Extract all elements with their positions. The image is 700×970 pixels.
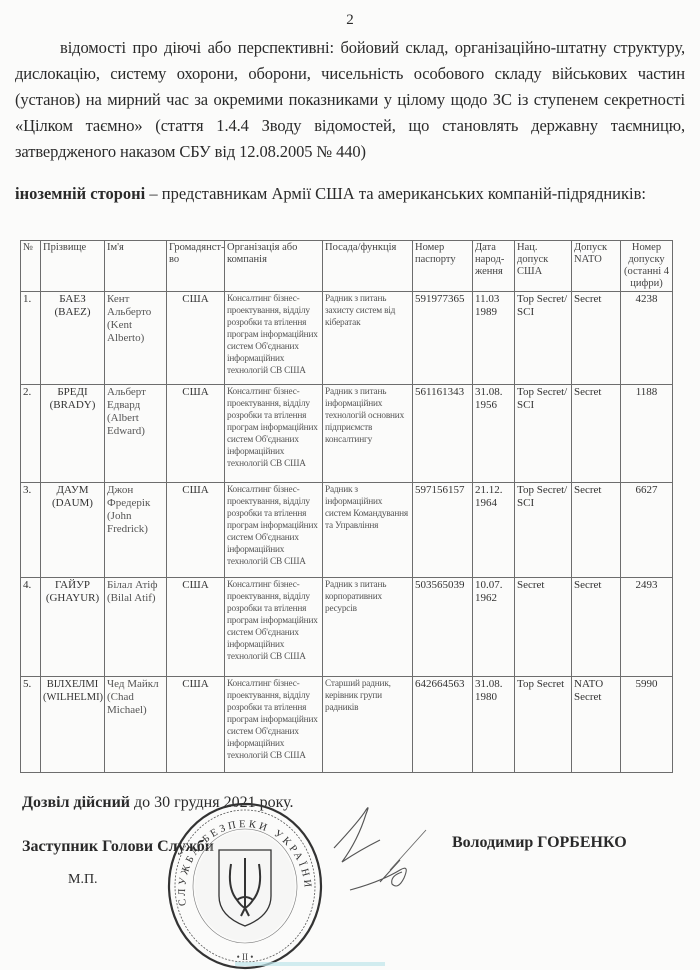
signature-icon [330, 800, 430, 900]
cell-first-name: Альберт Едвард (Albert Edward) [105, 385, 167, 483]
cell-passport: 642664563 [413, 677, 473, 773]
cell-organization: Консалтинг бізнес-проектування, відділу … [225, 385, 323, 483]
cell-dob: 31.08. 1956 [473, 385, 515, 483]
table-header-row: № Прізвище Ім'я Громадянст-во Організаці… [21, 241, 673, 292]
cell-nato-clearance: Secret [572, 578, 621, 677]
cell-dob: 11.03 1989 [473, 292, 515, 385]
cell-surname: ГАЙУР (GHAYUR) [41, 578, 105, 677]
cell-first-name: Кент Альберто (Kent Alberto) [105, 292, 167, 385]
personnel-table: № Прізвище Ім'я Громадянст-во Організаці… [20, 240, 673, 773]
table-row: 2. БРЕДІ (BRADY) Альберт Едвард (Albert … [21, 385, 673, 483]
cell-passport: 597156157 [413, 483, 473, 578]
cell-us-clearance: Secret [515, 578, 572, 677]
cell-position: Радник з питань корпоративних ресурсів [323, 578, 413, 677]
official-stamp-icon: СЛУЖБА БЕЗПЕКИ УКРАЇНИ • II • [165, 800, 325, 970]
cell-surname: ДАУМ (DAUM) [41, 483, 105, 578]
cell-passport: 591977365 [413, 292, 473, 385]
cell-passport: 503565039 [413, 578, 473, 677]
cell-nato-clearance: NATO Secret [572, 677, 621, 773]
cell-first-name: Чед Майкл (Chad Michael) [105, 677, 167, 773]
cell-citizenship: США [167, 483, 225, 578]
cell-position: Радник з питань інформаційних технологій… [323, 385, 413, 483]
table-row: 3. ДАУМ (DAUM) Джон Фредерік (John Fredr… [21, 483, 673, 578]
header-number: № [21, 241, 41, 292]
cell-nato-clearance: Secret [572, 292, 621, 385]
cell-organization: Консалтинг бізнес-проектування, відділу … [225, 578, 323, 677]
cell-organization: Консалтинг бізнес-проектування, відділу … [225, 292, 323, 385]
table-row: 1. БАЕЗ (BAEZ) Кент Альберто (Kent Alber… [21, 292, 673, 385]
cell-clearance-number: 5990 [621, 677, 673, 773]
header-passport: Номер паспорту [413, 241, 473, 292]
header-first-name: Ім'я [105, 241, 167, 292]
cell-position: Радник з інформаційних систем Командуван… [323, 483, 413, 578]
cell-first-name: Джон Фредерік (John Fredrick) [105, 483, 167, 578]
cell-number: 5. [21, 677, 41, 773]
header-organization: Організація або компанія [225, 241, 323, 292]
cell-position: Радник з питань захисту систем від кібер… [323, 292, 413, 385]
cell-surname: БАЕЗ (BAEZ) [41, 292, 105, 385]
cell-surname: БРЕДІ (BRADY) [41, 385, 105, 483]
cell-us-clearance: Top Secret/ SCI [515, 483, 572, 578]
svg-text:• II •: • II • [237, 952, 254, 962]
cell-passport: 561161343 [413, 385, 473, 483]
cell-citizenship: США [167, 677, 225, 773]
cell-clearance-number: 6627 [621, 483, 673, 578]
table-row: 5. ВІЛХЕЛМІ (WILHELMI) Чед Майкл (Chad M… [21, 677, 673, 773]
cell-nato-clearance: Secret [572, 385, 621, 483]
intro-paragraph: відомості про діючі або перспективні: бо… [15, 35, 685, 165]
cell-clearance-number: 1188 [621, 385, 673, 483]
recipient-text: – представникам Армії США та американськ… [145, 184, 646, 203]
header-position: Посада/функція [323, 241, 413, 292]
header-nato-clearance: Допуск NATO [572, 241, 621, 292]
header-clearance-number: Номер допуску (останні 4 цифри) [621, 241, 673, 292]
cell-clearance-number: 2493 [621, 578, 673, 677]
cell-surname: ВІЛХЕЛМІ (WILHELMI) [41, 677, 105, 773]
cell-us-clearance: Top Secret [515, 677, 572, 773]
signer-name: Володимир ГОРБЕНКО [452, 834, 627, 852]
header-citizenship: Громадянст-во [167, 241, 225, 292]
header-surname: Прізвище [41, 241, 105, 292]
cell-organization: Консалтинг бізнес-проектування, відділу … [225, 677, 323, 773]
cell-position: Старший радник, керівник групи радників [323, 677, 413, 773]
cell-citizenship: США [167, 292, 225, 385]
validity-bold: Дозвіл дійсний [22, 794, 130, 811]
recipient-bold: іноземній стороні [15, 184, 145, 203]
seal-place-label: М.П. [68, 872, 98, 888]
cell-number: 4. [21, 578, 41, 677]
cell-us-clearance: Top Secret/ SCI [515, 292, 572, 385]
table-row: 4. ГАЙУР (GHAYUR) Білал Атіф (Bilal Atif… [21, 578, 673, 677]
scan-artifact [235, 962, 385, 966]
cell-number: 2. [21, 385, 41, 483]
cell-first-name: Білал Атіф (Bilal Atif) [105, 578, 167, 677]
cell-nato-clearance: Secret [572, 483, 621, 578]
cell-citizenship: США [167, 385, 225, 483]
cell-us-clearance: Top Secret/ SCI [515, 385, 572, 483]
header-dob: Дата народ-ження [473, 241, 515, 292]
cell-organization: Консалтинг бізнес-проектування, відділу … [225, 483, 323, 578]
cell-dob: 10.07. 1962 [473, 578, 515, 677]
page-number: 2 [0, 12, 700, 29]
cell-dob: 31.08. 1980 [473, 677, 515, 773]
cell-clearance-number: 4238 [621, 292, 673, 385]
cell-dob: 21.12. 1964 [473, 483, 515, 578]
cell-number: 3. [21, 483, 41, 578]
header-us-clearance: Нац. допуск США [515, 241, 572, 292]
recipient-paragraph: іноземній стороні – представникам Армії … [15, 181, 685, 207]
cell-citizenship: США [167, 578, 225, 677]
cell-number: 1. [21, 292, 41, 385]
